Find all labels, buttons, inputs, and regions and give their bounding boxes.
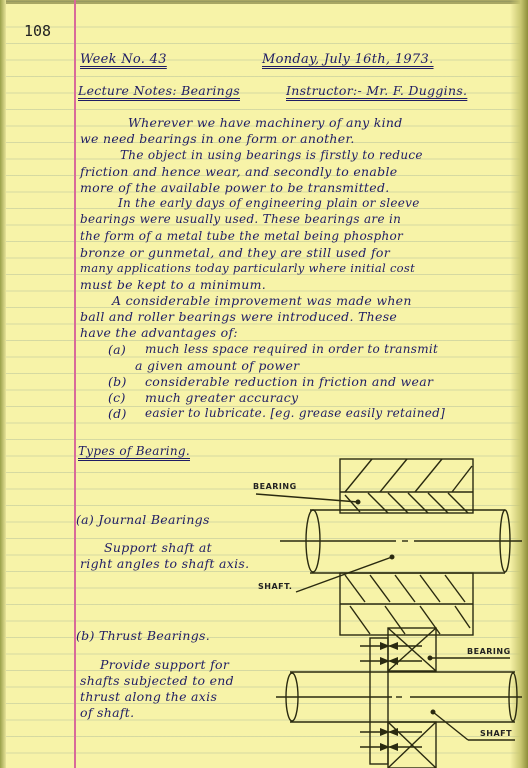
thrust-bearing-diagram [276, 628, 522, 768]
journal-bearing-diagram [256, 459, 522, 635]
notebook-page: 108 Week No. 43 Monday, July 16th, 1973.… [0, 0, 528, 768]
bearing-diagrams [0, 0, 528, 768]
